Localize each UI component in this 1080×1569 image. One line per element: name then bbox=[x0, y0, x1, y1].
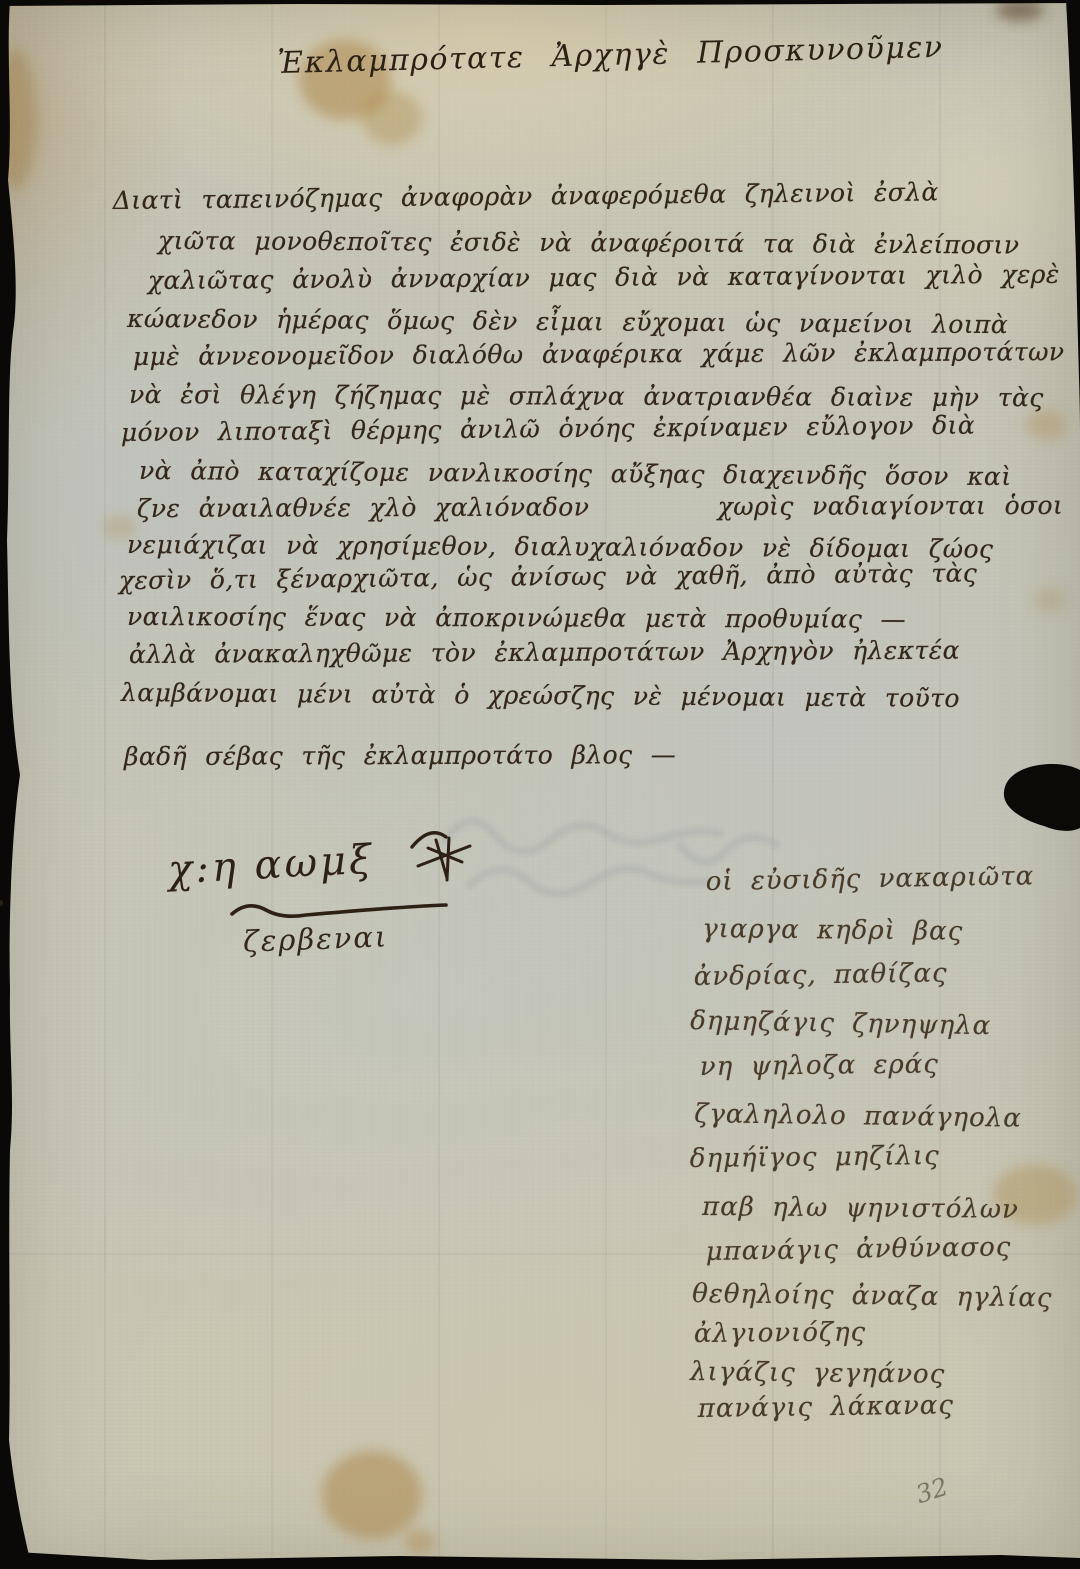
body-line: κώανεδον ἡμέρας ὅμως δὲν εἶμαι εὔχομαι ὡ… bbox=[127, 304, 1008, 339]
signature-line: πανάγις λάκανας bbox=[698, 1390, 955, 1424]
body-line: λαμβάνομαι μένι αὐτὰ ὁ χρεώσζης νὲ μένομ… bbox=[121, 678, 960, 713]
body-line: ναιλικοσίης ἕνας νὰ ἀποκρινώμεθα μετὰ πρ… bbox=[127, 602, 906, 634]
signature-line: παβ ηλω ψηνιστόλων bbox=[702, 1192, 1019, 1225]
signature-line: δημήϊγος μηζίλις bbox=[690, 1141, 940, 1174]
signature-line: μπανάγις ἀνθύνασος bbox=[706, 1232, 1012, 1267]
body-line: βαδῆ σέβας τῆς ἐκλαμπροτάτο βλος — bbox=[124, 740, 676, 771]
body-line: χιῶτα μονοθεποῖτες ἐσιδὲ νὰ ἀναφέροιτά τ… bbox=[158, 226, 1019, 260]
signature-line: ἀλγιονιόζης bbox=[694, 1317, 867, 1349]
signature-line: νη ψηλοζα εράς bbox=[700, 1049, 939, 1082]
signature-line: θεθηλοίης ἀναζα ηγλίας bbox=[692, 1279, 1053, 1313]
body-line: νὰ ἐσὶ θλέγη ζήζημας μὲ σπλάχνα ἀνατριαν… bbox=[129, 380, 1044, 412]
body-line: μμὲ ἀννεονομεῖδον διαλόθω ἀναφέρικα χάμε… bbox=[133, 337, 1065, 371]
signature-line: ἀνδρίας, παθίζας bbox=[694, 958, 948, 992]
body-line: ζνε ἀναιλαθνέε χλὸ χαλιόναδον χωρὶς ναδι… bbox=[137, 491, 1063, 523]
signature-line: λιγάζις γεγηάνος bbox=[690, 1357, 945, 1390]
signature-line: δημηζάγις ζηνηψηλα bbox=[690, 1006, 991, 1041]
body-line: νὰ ἀπὸ καταχίζομε νανλικοσίης αὔξηας δια… bbox=[139, 456, 1012, 491]
signature-line: γιαργα κηδρὶ βας bbox=[702, 914, 963, 947]
signature-line: οἱ εὐσιδῆς νακαριῶτα bbox=[705, 861, 1034, 897]
place-line: ζερβεναι bbox=[242, 919, 388, 958]
scanned-manuscript: Ἐκλαμπρότατε Ἀρχηγὲ Προσκυνοῦμεν Διατὶ τ… bbox=[0, 0, 1080, 1569]
signature-line: ζγαληλολο πανάγηολα bbox=[694, 1099, 1022, 1134]
body-line: ἀλλὰ ἀνακαληχθῶμε τὸν ἐκλαμπροτάτων Ἀρχη… bbox=[129, 636, 960, 669]
